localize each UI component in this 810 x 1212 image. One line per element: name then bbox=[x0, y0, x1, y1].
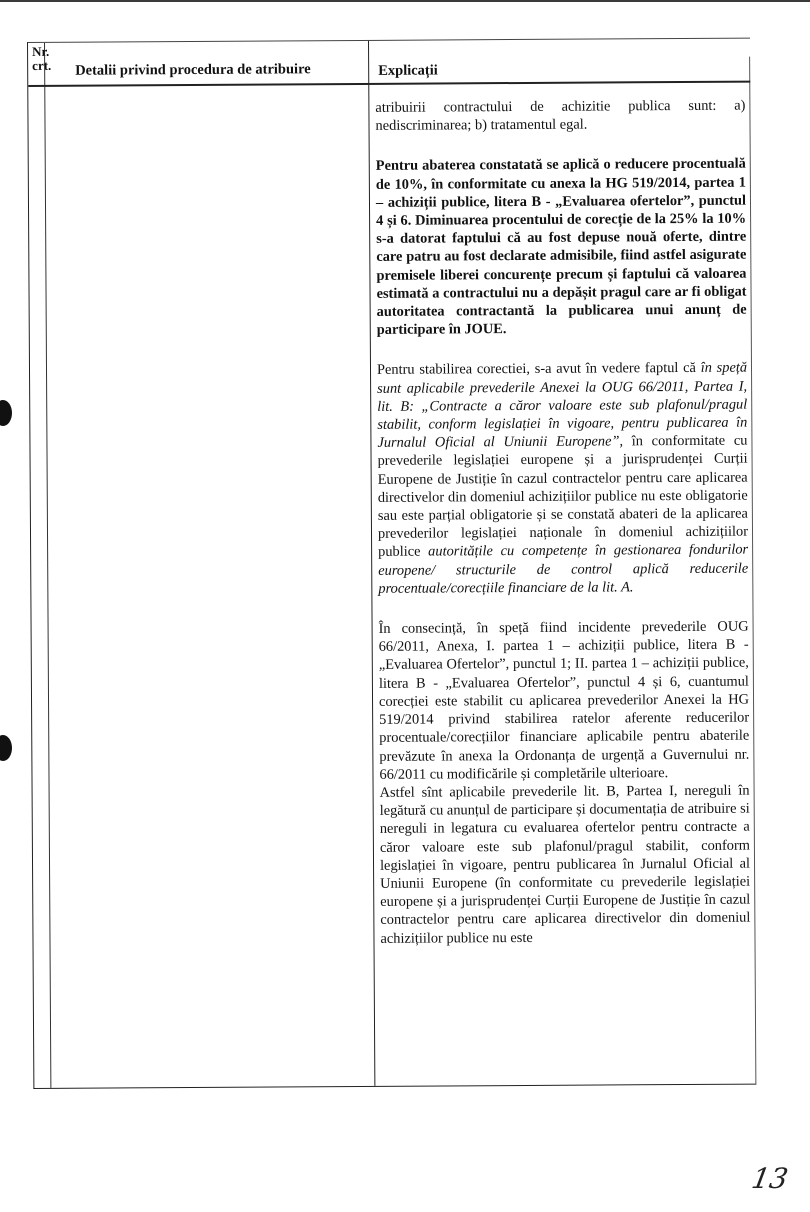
paragraph-applicable-provisions: Astfel sînt aplicabile prevederile lit. … bbox=[380, 782, 751, 948]
paragraph-correction-applied: Pentru abaterea constatată se aplică o r… bbox=[376, 155, 747, 339]
punch-hole-mark bbox=[0, 400, 12, 426]
paragraph-correction-basis: Pentru stabilirea corectiei, s-a avut în… bbox=[377, 359, 748, 598]
column-divider-nr bbox=[44, 43, 51, 1088]
header-nr-crt: Nr. crt. bbox=[32, 45, 52, 73]
column-divider-explicatii bbox=[368, 41, 376, 1086]
paragraph-consequence: În consecință, în speță fiind incidente … bbox=[379, 618, 750, 784]
paragraph-principles: atribuirii contractului de achizitie pub… bbox=[375, 97, 745, 136]
procedure-table: Nr. crt. Detalii privind procedura de at… bbox=[27, 38, 756, 1089]
header-detalii: Detalii privind procedura de atribuire bbox=[75, 61, 311, 79]
handwritten-page-number: 13 bbox=[749, 1162, 790, 1195]
punch-hole-mark bbox=[0, 735, 12, 761]
header-divider bbox=[28, 81, 750, 87]
text-authorities: autoritățile cu competențe în gestionare… bbox=[378, 542, 748, 597]
explicatii-cell: atribuirii contractului de achizitie pub… bbox=[375, 97, 750, 948]
header-explicatii: Explicații bbox=[378, 62, 438, 79]
text-intro: Pentru stabilirea corectiei, s-a avut în… bbox=[377, 360, 696, 378]
scan-top-edge bbox=[0, 0, 810, 2]
